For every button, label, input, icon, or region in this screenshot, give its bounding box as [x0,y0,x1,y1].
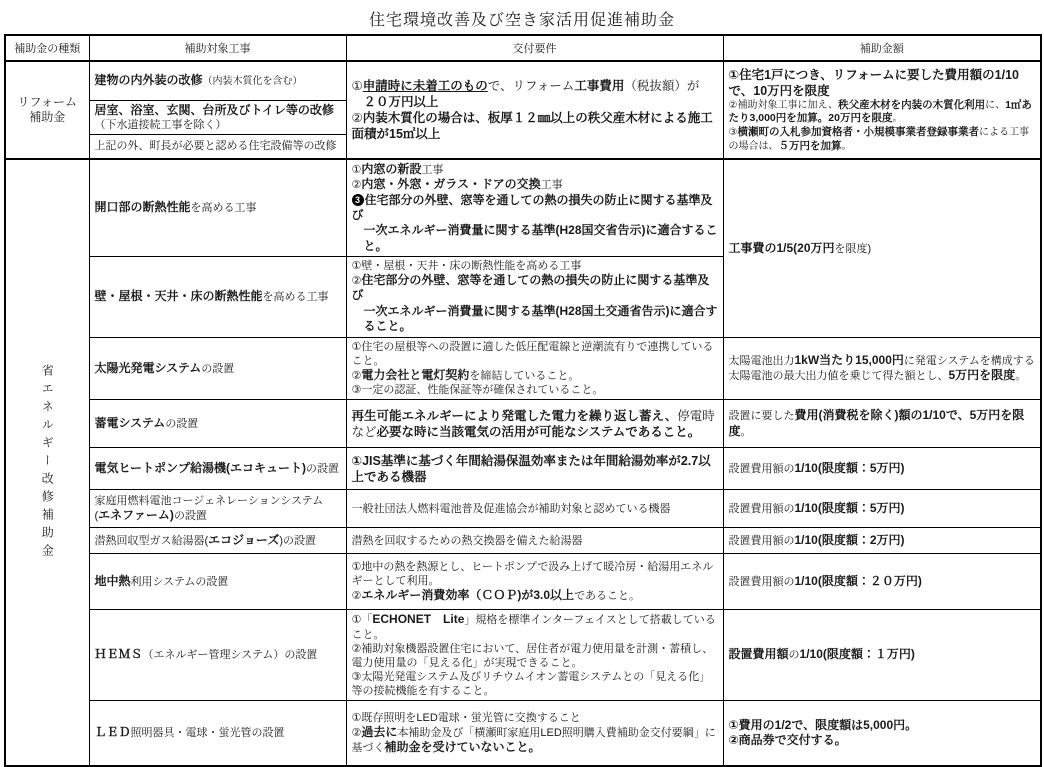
energy-section-label-text: 省エネルギー改修補助金 [41,364,53,562]
energy-amount-hems: 設置費用額の1/10(限度額：１万円) [723,610,1041,701]
energy-req-enefarm: 一般社団法人燃料電池普及促進協会が補助対象と認めている機器 [346,490,723,528]
energy-row-led: ＬＥＤ照明器具・電球・蛍光管の設置 ①既存照明をLED電球・蛍光管に交換すること… [5,700,1041,766]
reform-work-cell-3: 上記の外、町長が必要と認める住宅設備等の改修 [89,135,346,159]
energy-work-ecocute: 電気ヒートポンプ給湯機(エコキュート)の設置 [89,448,346,490]
energy-row-geothermal: 地中熱利用システムの設置 ①地中の熱を熱源とし、ヒートポンプで汲み上げて暖冷房・… [5,554,1041,610]
energy-req-battery: 再生可能エネルギーにより発電した電力を繰り返し蓄え、停電時など必要な時に当該電気… [346,400,723,448]
energy-row-ecojozu: 潜熱回収型ガス給湯器(エコジョーズ)の設置 潜熱を回収するための熱交換器を備えた… [5,528,1041,554]
energy-row-solar: 太陽光発電システムの設置 ①住宅の屋根等への設置に適した低圧配電線と逆潮流有りで… [5,337,1041,400]
energy-work-enefarm: 家庭用燃料電池コージェネレーションシステム(エネファーム)の設置 [89,490,346,528]
energy-work-hems: ＨＥＭＳ（エネルギー管理システム）の設置 [89,610,346,701]
header-grant-requirements: 交付要件 [346,35,723,61]
energy-amount-battery: 設置に要した費用(消費税を除く)額の1/10で、5万円を限度。 [723,400,1041,448]
energy-work-geothermal: 地中熱利用システムの設置 [89,554,346,610]
reform-amount-cell: ①住宅1戸につき、リフォームに要した費用額の1/10で、10万円を限度②補助対象… [723,61,1041,159]
energy-req-openings: ①内窓の新設工事②内窓・外窓・ガラス・ドアの交換工事3住宅部分の外壁、窓等を通し… [346,159,723,257]
energy-amount-enefarm: 設置費用額の1/10(限度額：5万円) [723,490,1041,528]
header-subsidy-type: 補助金の種類 [5,35,89,61]
energy-req-ecocute: ①JIS基準に基づく年間給湯保温効率または年間給湯効率が2.7以上である機器 [346,448,723,490]
energy-amount-geothermal: 設置費用額の1/10(限度額：２０万円) [723,554,1041,610]
document-page: 住宅環境改善及び空き家活用促進補助金 補助金の種類 補助対象工事 交付要件 補助… [0,0,1044,704]
energy-amount-insulation: 工事費の1/5(20万円を限度) [723,159,1041,337]
energy-section-label: 省エネルギー改修補助金 [5,159,89,767]
energy-work-openings: 開口部の断熱性能を高める工事 [89,159,346,257]
energy-row-openings: 省エネルギー改修補助金 開口部の断熱性能を高める工事 ①内窓の新設工事②内窓・外… [5,159,1041,257]
reform-requirements-cell: ①申請時に未着工のもので、リフォーム工事費用（税抜額）が２０万円以上②内装木質化… [346,61,723,159]
energy-amount-ecocute: 設置費用額の1/10(限度額：5万円) [723,448,1041,490]
energy-work-battery: 蓄電システムの設置 [89,400,346,448]
energy-row-ecocute: 電気ヒートポンプ給湯機(エコキュート)の設置 ①JIS基準に基づく年間給湯保温効… [5,448,1041,490]
reform-work-cell-2: 居室、浴室、玄関、台所及びトイレ等の改修（下水道接続工事を除く） [89,100,346,135]
energy-row-enefarm: 家庭用燃料電池コージェネレーションシステム(エネファーム)の設置 一般社団法人燃… [5,490,1041,528]
energy-req-walls: ①壁・屋根・天井・床の断熱性能を高める工事②住宅部分の外壁、窓等を通しての熱の損… [346,257,723,338]
doc-title: 住宅環境改善及び空き家活用促進補助金 [0,7,1044,30]
energy-work-ecojozu: 潜熱回収型ガス給湯器(エコジョーズ)の設置 [89,528,346,554]
header-row: 補助金の種類 補助対象工事 交付要件 補助金額 [5,35,1041,61]
energy-req-ecojozu: 潜熱を回収するための熱交換器を備えた給湯器 [346,528,723,554]
subsidy-table: 補助金の種類 補助対象工事 交付要件 補助金額 リフォーム補助金 建物の内外装の… [4,34,1042,767]
energy-work-walls: 壁・屋根・天井・床の断熱性能を高める工事 [89,257,346,338]
energy-req-geothermal: ①地中の熱を熱源とし、ヒートポンプで汲み上げて暖冷房・給湯用エネルギーとして利用… [346,554,723,610]
header-eligible-work: 補助対象工事 [89,35,346,61]
energy-req-solar: ①住宅の屋根等への設置に適した低圧配電線と逆潮流有りで連携していること。②電力会… [346,337,723,400]
energy-row-battery: 蓄電システムの設置 再生可能エネルギーにより発電した電力を繰り返し蓄え、停電時な… [5,400,1041,448]
energy-amount-ecojozu: 設置費用額の1/10(限度額：2万円) [723,528,1041,554]
energy-req-hems: ①「ECHONET Lite」規格を標準インターフェイスとして搭載していること。… [346,610,723,701]
reform-row-1: リフォーム補助金 建物の内外装の改修（内装木質化を含む） ①申請時に未着工のもの… [5,61,1041,100]
energy-row-hems: ＨＥＭＳ（エネルギー管理システム）の設置 ①「ECHONET Lite」規格を標… [5,610,1041,701]
reform-section-label: リフォーム補助金 [5,61,89,159]
reform-work-cell-1: 建物の内外装の改修（内装木質化を含む） [89,61,346,100]
energy-req-led: ①既存照明をLED電球・蛍光管に交換すること②過去に本補助金及び「横瀬町家庭用L… [346,700,723,766]
energy-amount-led: ①費用の1/2で、限度額は5,000円。②商品券で交付する。 [723,700,1041,766]
energy-work-solar: 太陽光発電システムの設置 [89,337,346,400]
header-subsidy-amount: 補助金額 [723,35,1041,61]
energy-amount-solar: 太陽電池出力1kW当たり15,000円に発電システムを構成する太陽電池の最大出力… [723,337,1041,400]
energy-work-led: ＬＥＤ照明器具・電球・蛍光管の設置 [89,700,346,766]
